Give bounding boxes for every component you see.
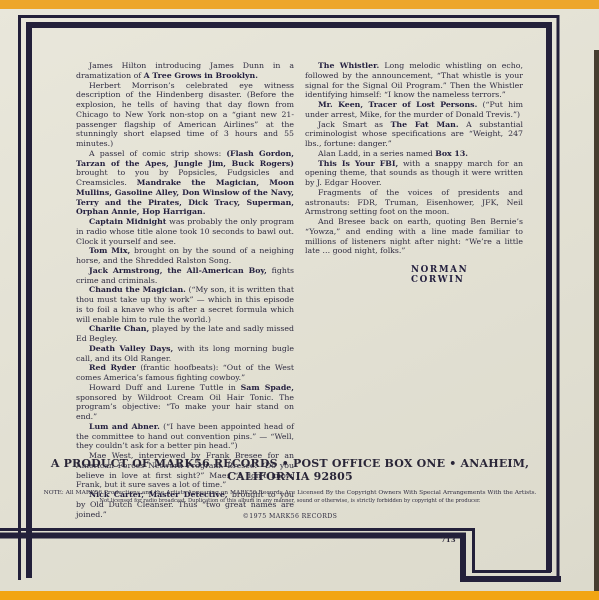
note-text: Fragments of the voices of presidents an…: [305, 188, 523, 217]
program-title: Box 13.: [435, 149, 468, 158]
program-title: Mr. Keen, Tracer of Lost Persons.: [318, 100, 477, 109]
liner-note-paragraph: Red Ryder (frantic hoofbeats): “Out of t…: [76, 363, 294, 383]
liner-note-paragraph: Mr. Keen, Tracer of Lost Persons. (“Put …: [305, 100, 523, 120]
program-title: A Tree Grows in Brooklyn.: [144, 71, 258, 80]
note-text: And Bresee back on earth, quoting Ben Be…: [305, 217, 523, 255]
copyright-line: ©1975 MARK56 RECORDS: [33, 513, 547, 520]
program-title: Death Valley Days,: [89, 344, 173, 353]
note-text: sponsored by Wildroot Cream Oil Hair Ton…: [76, 393, 294, 422]
license-note-line2: Not licensed for radio broadcast. Duplic…: [33, 498, 547, 504]
program-title: Sam Spade,: [241, 383, 294, 392]
liner-note-paragraph: Captain Midnight was probably the only p…: [76, 217, 294, 246]
liner-note-paragraph: And Bresee back on earth, quoting Ben Be…: [305, 217, 523, 256]
program-title: Lum and Abner.: [89, 422, 160, 431]
note-text: A passel of comic strip shows:: [89, 149, 226, 158]
liner-notes-right-column: The Whistler. Long melodic whistling on …: [305, 61, 523, 519]
note-text: Herbert Morrison’s celebrated eye witnes…: [76, 81, 294, 149]
note-text: Jack Smart as: [318, 120, 391, 129]
program-title: The Whistler.: [318, 61, 379, 70]
program-title: Jack Armstrong, the All-American Boy,: [89, 266, 267, 275]
program-title: The Fat Man.: [391, 120, 459, 129]
program-title: Captain Midnight: [89, 217, 166, 226]
signature: NORMAN CORWIN: [411, 266, 523, 286]
liner-note-paragraph: Tom Mix, brought on by the sound of a ne…: [76, 246, 294, 266]
liner-note-paragraph: Death Valley Days, with its long morning…: [76, 344, 294, 364]
footer: A PRODUCT OF MARK56 RECORDS • POST OFFIC…: [33, 457, 547, 520]
product-line: A PRODUCT OF MARK56 RECORDS • POST OFFIC…: [33, 457, 547, 483]
liner-note-paragraph: The Whistler. Long melodic whistling on …: [305, 61, 523, 100]
program-title: Chandu the Magician.: [89, 285, 186, 294]
liner-notes-left-column: James Hilton introducing James Dunn in a…: [76, 61, 294, 519]
album-back-cover: James Hilton introducing James Dunn in a…: [0, 0, 599, 600]
liner-notes: James Hilton introducing James Dunn in a…: [76, 61, 523, 519]
liner-note-paragraph: Alan Ladd, in a series named Box 13.: [305, 149, 523, 159]
liner-note-paragraph: Fragments of the voices of presidents an…: [305, 188, 523, 217]
license-note-line1: NOTE: All MARK56 Productions and the Art…: [33, 490, 547, 496]
program-title: Red Ryder: [89, 363, 136, 372]
program-title: Charlie Chan,: [89, 324, 149, 333]
liner-note-paragraph: A passel of comic strip shows: (Flash Go…: [76, 149, 294, 217]
program-title: Tom Mix,: [89, 246, 130, 255]
catalog-number: 713: [441, 536, 456, 544]
liner-note-paragraph: Howard Duff and Lurene Tuttle in Sam Spa…: [76, 383, 294, 422]
liner-note-paragraph: Jack Smart as The Fat Man. A substantial…: [305, 120, 523, 149]
liner-note-paragraph: Lum and Abner. (“I have been appointed h…: [76, 422, 294, 451]
liner-note-paragraph: James Hilton introducing James Dunn in a…: [76, 61, 294, 81]
liner-note-paragraph: Charlie Chan, played by the late and sad…: [76, 324, 294, 344]
liner-note-paragraph: This Is Your FBI, with a snappy march fo…: [305, 159, 523, 188]
note-text: Howard Duff and Lurene Tuttle in: [89, 383, 241, 392]
liner-note-paragraph: Jack Armstrong, the All-American Boy, fi…: [76, 266, 294, 286]
liner-note-paragraph: Chandu the Magician. (“My son, it is wri…: [76, 285, 294, 324]
program-title: This Is Your FBI,: [318, 159, 398, 168]
liner-note-paragraph: Herbert Morrison’s celebrated eye witnes…: [76, 81, 294, 149]
note-text: Alan Ladd, in a series named: [318, 149, 435, 158]
